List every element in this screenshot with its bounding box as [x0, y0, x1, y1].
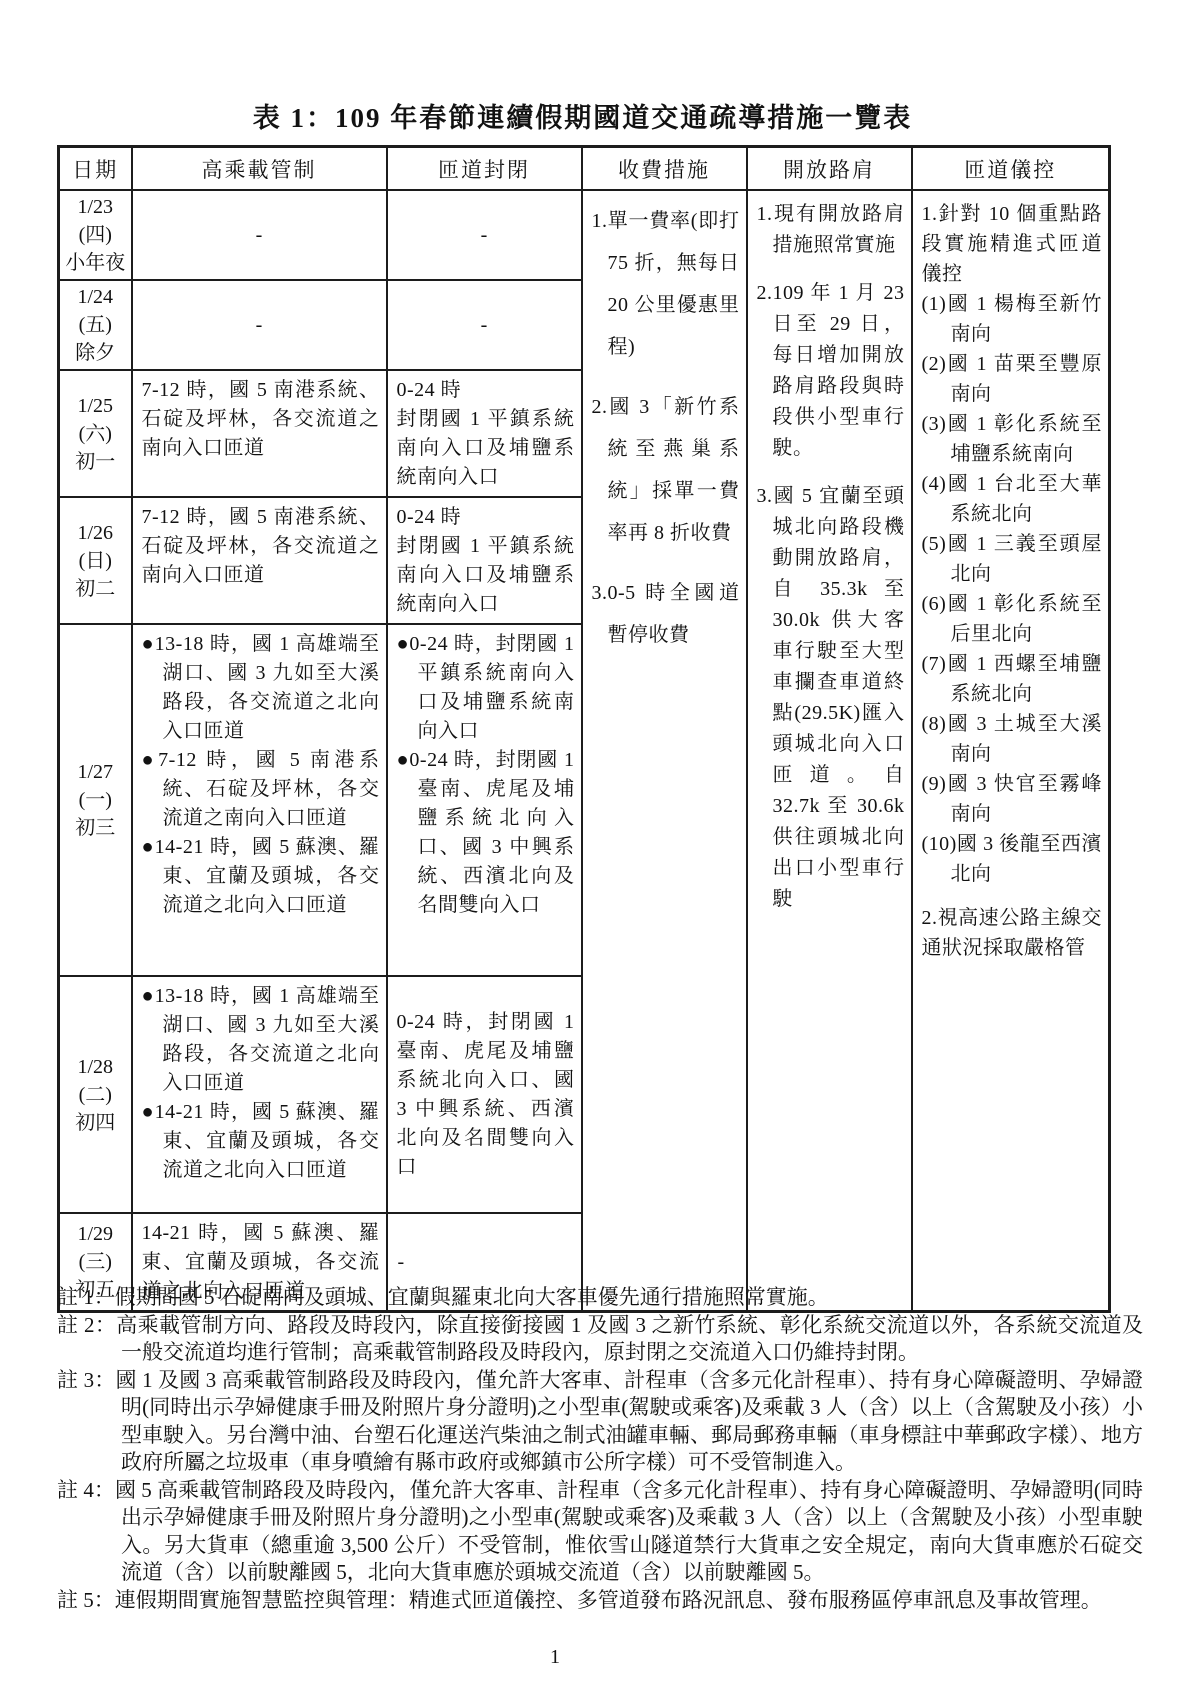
date-cell: 1/24 (五) 除夕 — [59, 280, 132, 370]
hov-cell: 7-12 時，國 5 南港系統、石碇及坪林，各交流道之南向入口匝道 — [132, 497, 387, 624]
note-5: 註 5：連假期間實施智慧監控與管理：精進式匝道儀控、多管道發布路況訊息、發布服務… — [57, 1587, 1143, 1615]
date-cell: 1/27 (一) 初三 — [59, 624, 132, 976]
table-row: 1/23 (四) 小年夜 - - 1.單一費率(即打 75 折，無每日 20 公… — [59, 190, 1110, 280]
closure-cell: - — [387, 190, 582, 280]
hov-item: ●14-21 時，國 5 蘇澳、羅東、宜蘭及頭城，各交流道之北向入口匝道 — [142, 833, 380, 920]
date-cell: 1/25 (六) 初一 — [59, 370, 132, 497]
note-3: 註 3：國 1 及國 3 高乘載管制路段及時段內，僅允許大客車、計程車（含多元化… — [57, 1367, 1143, 1477]
col-header-toll-measures: 收費措施 — [582, 147, 747, 191]
closure-cell: - — [387, 280, 582, 370]
closure-cell: ●0-24 時，封閉國 1 平鎮系統南向入口及埔鹽系統南向入口 ●0-24 時，… — [387, 624, 582, 976]
hov-cell: - — [132, 190, 387, 280]
toll-item: 2.國 3「新竹系統至燕巢系統」採單一費率再 8 折收費 — [592, 386, 740, 554]
closure-cell: 0-24 時，封閉國 1 臺南、虎尾及埔鹽系統北向入口、國 3 中興系統、西濱北… — [387, 976, 582, 1213]
metering-sub-item: (2)國 1 苗栗至豐原南向 — [922, 349, 1103, 409]
open-shoulder-cell: 1.現有開放路肩措施照常實施 2.109 年 1 月 23 日至 29 日，每日… — [747, 190, 912, 1312]
shoulder-item: 3.國 5 宜蘭至頭城北向路段機動開放路肩，自 35.3k 至 30.0k 供大… — [757, 481, 905, 915]
hov-item: ●13-18 時，國 1 高雄端至湖口、國 3 九如至大溪路段，各交流道之北向入… — [142, 982, 380, 1098]
metering-sub-item: (5)國 1 三義至頭屋北向 — [922, 529, 1103, 589]
note-1: 註 1：假期間國 5 石碇南向及頭城、宜蘭與羅東北向大客車優先通行措施照常實施。 — [57, 1284, 1143, 1312]
page-number: 1 — [0, 1646, 1110, 1669]
hov-item: ●14-21 時，國 5 蘇澳、羅東、宜蘭及頭城，各交流道之北向入口匝道 — [142, 1098, 380, 1185]
metering-sub-item: (10)國 3 後龍至西濱北向 — [922, 829, 1103, 889]
page-title: 表 1：109 年春節連續假期國道交通疏導措施一覽表 — [57, 96, 1108, 135]
hov-cell: ●13-18 時，國 1 高雄端至湖口、國 3 九如至大溪路段，各交流道之北向入… — [132, 624, 387, 976]
hov-cell: 7-12 時，國 5 南港系統、石碇及坪林，各交流道之南向入口匝道 — [132, 370, 387, 497]
metering-sub-item: (8)國 3 土城至大溪南向 — [922, 709, 1103, 769]
hov-cell: ●13-18 時，國 1 高雄端至湖口、國 3 九如至大溪路段，各交流道之北向入… — [132, 976, 387, 1213]
closure-cell: 0-24 時 封閉國 1 平鎮系統南向入口及埔鹽系統南向入口 — [387, 497, 582, 624]
metering-sub-item: (1)國 1 楊梅至新竹南向 — [922, 289, 1103, 349]
metering-item: 2.視高速公路主線交通狀況採取嚴格管 — [922, 903, 1103, 963]
metering-sub-item: (9)國 3 快官至霧峰南向 — [922, 769, 1103, 829]
date-cell: 1/28 (二) 初四 — [59, 976, 132, 1213]
col-header-open-shoulder: 開放路肩 — [747, 147, 912, 191]
metering-sub-item: (3)國 1 彰化系統至埔鹽系統南向 — [922, 409, 1103, 469]
metering-sub-item: (4)國 1 台北至大華系統北向 — [922, 469, 1103, 529]
note-4: 註 4：國 5 高乘載管制路段及時段內，僅允許大客車、計程車（含多元化計程車）、… — [57, 1477, 1143, 1587]
closure-item: ●0-24 時，封閉國 1 臺南、虎尾及埔鹽系統北向入口、國 3 中興系統、西濱… — [397, 746, 575, 920]
shoulder-item: 2.109 年 1 月 23 日至 29 日，每日增加開放路肩路段與時段供小型車… — [757, 278, 905, 464]
col-header-ramp-closure: 匝道封閉 — [387, 147, 582, 191]
hov-item: ●13-18 時，國 1 高雄端至湖口、國 3 九如至大溪路段，各交流道之北向入… — [142, 630, 380, 746]
col-header-ramp-metering: 匝道儀控 — [912, 147, 1110, 191]
hov-item: ●7-12 時，國 5 南港系統、石碇及坪林，各交流道之南向入口匝道 — [142, 746, 380, 833]
ramp-metering-cell: 1.針對 10 個重點路段實施精進式匝道儀控 (1)國 1 楊梅至新竹南向 (2… — [912, 190, 1110, 1312]
toll-item: 1.單一費率(即打 75 折，無每日 20 公里優惠里程) — [592, 200, 740, 368]
shoulder-item: 1.現有開放路肩措施照常實施 — [757, 199, 905, 261]
traffic-measures-table: 日期 高乘載管制 匝道封閉 收費措施 開放路肩 匝道儀控 1/23 (四) 小年… — [57, 145, 1111, 1313]
document-page: 表 1：109 年春節連續假期國道交通疏導措施一覽表 日期 高乘載管制 匝道封閉… — [0, 0, 1200, 1696]
date-cell: 1/26 (日) 初二 — [59, 497, 132, 624]
date-cell: 1/23 (四) 小年夜 — [59, 190, 132, 280]
metering-sub-item: (6)國 1 彰化系統至后里北向 — [922, 589, 1103, 649]
metering-sub-item: (7)國 1 西螺至埔鹽系統北向 — [922, 649, 1103, 709]
closure-cell: 0-24 時 封閉國 1 平鎮系統南向入口及埔鹽系統南向入口 — [387, 370, 582, 497]
col-header-date: 日期 — [59, 147, 132, 191]
col-header-hov-control: 高乘載管制 — [132, 147, 387, 191]
closure-item: ●0-24 時，封閉國 1 平鎮系統南向入口及埔鹽系統南向入口 — [397, 630, 575, 746]
header-row: 日期 高乘載管制 匝道封閉 收費措施 開放路肩 匝道儀控 — [59, 147, 1110, 191]
toll-item: 3.0-5 時全國道暫停收費 — [592, 572, 740, 656]
metering-item: 1.針對 10 個重點路段實施精進式匝道儀控 — [922, 199, 1103, 289]
toll-measures-cell: 1.單一費率(即打 75 折，無每日 20 公里優惠里程) 2.國 3「新竹系統… — [582, 190, 747, 1312]
note-2: 註 2：高乘載管制方向、路段及時段內，除直接銜接國 1 及國 3 之新竹系統、彰… — [57, 1312, 1143, 1367]
hov-cell: - — [132, 280, 387, 370]
footnotes: 註 1：假期間國 5 石碇南向及頭城、宜蘭與羅東北向大客車優先通行措施照常實施。… — [57, 1284, 1143, 1614]
